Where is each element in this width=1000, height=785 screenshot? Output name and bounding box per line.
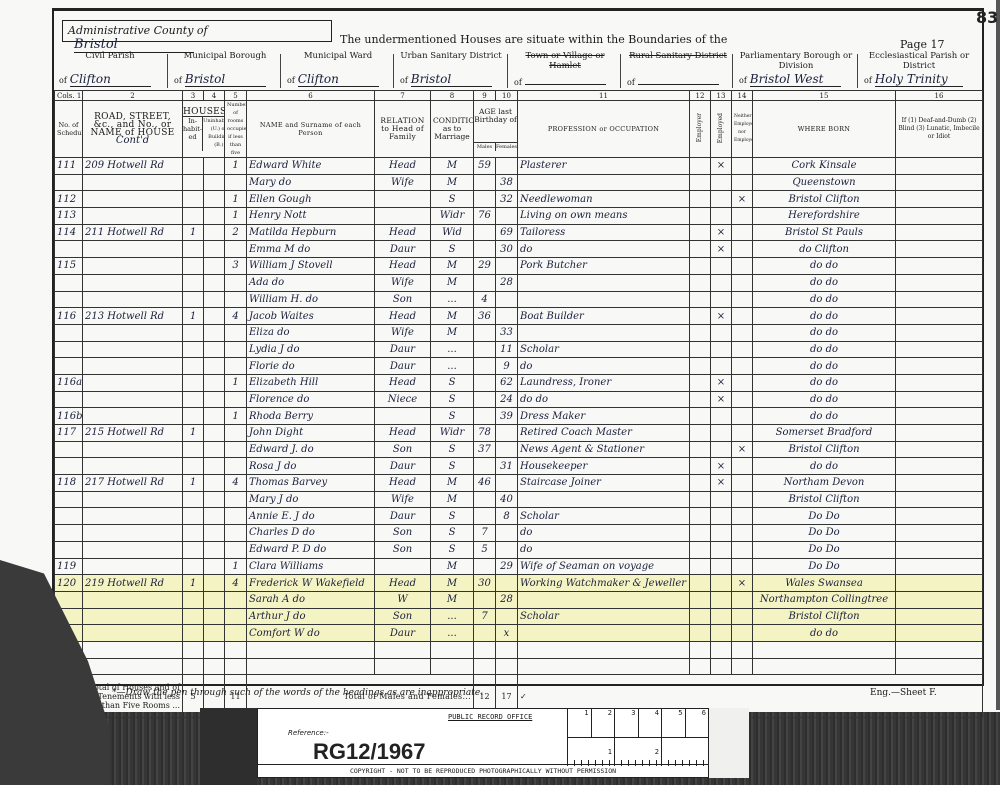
table-row: 1191Clara WilliamsM29Wife of Seaman on v… xyxy=(55,558,983,575)
infirmity-cell xyxy=(896,508,983,525)
header-schedule: No. of Schedule xyxy=(55,101,83,158)
uninhabited-cell xyxy=(204,358,225,375)
neither-cell xyxy=(732,358,753,375)
district-value: ofBristol xyxy=(400,72,502,87)
female-age-cell xyxy=(496,658,518,675)
rooms-cell: 1 xyxy=(225,408,247,425)
table-row: Charles D doSonS7doDo Do xyxy=(55,525,983,542)
employer-cell xyxy=(690,358,711,375)
occupation-cell: Staircase Joiner xyxy=(518,475,690,492)
road-cell xyxy=(83,491,183,508)
employed-cell xyxy=(711,658,732,675)
page-number: Page 17 xyxy=(900,38,945,51)
ruler-tick: 4 xyxy=(639,709,663,737)
infirmity-cell xyxy=(896,224,983,241)
ruler-tick: 2 xyxy=(592,709,616,737)
employer-cell xyxy=(690,174,711,191)
neither-cell xyxy=(732,391,753,408)
neither-cell xyxy=(732,591,753,608)
schedule-cell xyxy=(55,324,83,341)
uninhabited-cell xyxy=(204,575,225,592)
female-age-cell xyxy=(496,641,518,658)
road-cell xyxy=(83,641,183,658)
employed-cell xyxy=(711,441,732,458)
inhabited-cell xyxy=(183,158,204,175)
occupation-cell: do xyxy=(518,541,690,558)
employer-cell xyxy=(690,408,711,425)
infirmity-cell xyxy=(896,541,983,558)
female-age-cell: 69 xyxy=(496,224,518,241)
rooms-cell: 1 xyxy=(225,374,247,391)
column-number: 16 xyxy=(896,91,983,101)
employed-cell xyxy=(711,508,732,525)
neither-cell xyxy=(732,324,753,341)
rooms-cell xyxy=(225,274,247,291)
infirmity-cell xyxy=(896,274,983,291)
road-cell xyxy=(83,541,183,558)
name-cell: Matilda Hepburn xyxy=(247,224,375,241)
occupation-cell: Wife of Seaman on voyage xyxy=(518,558,690,575)
neither-cell xyxy=(732,208,753,225)
header-houses: HOUSES In-habit-edUninhabited (U.) or Bu… xyxy=(183,101,225,158)
female-age-cell: 40 xyxy=(496,491,518,508)
infirmity-cell xyxy=(896,324,983,341)
infirmity-cell xyxy=(896,608,983,625)
uninhabited-cell xyxy=(204,491,225,508)
female-age-cell xyxy=(496,158,518,175)
uninhabited-cell xyxy=(204,274,225,291)
rooms-cell: 3 xyxy=(225,258,247,275)
employed-cell xyxy=(711,541,732,558)
inhabited-cell xyxy=(183,641,204,658)
district-3: Urban Sanitary DistrictofBristol xyxy=(396,51,506,89)
rooms-cell xyxy=(225,358,247,375)
condition-cell: M xyxy=(431,158,474,175)
relation-cell: Head xyxy=(375,475,431,492)
female-age-cell xyxy=(496,208,518,225)
birthplace-cell: do do xyxy=(753,308,896,325)
header-neither: Neither Employer nor Employed xyxy=(732,101,753,158)
employed-cell xyxy=(711,625,732,642)
condition-cell: M xyxy=(431,575,474,592)
schedule-cell xyxy=(55,391,83,408)
header-females: Females xyxy=(496,143,517,151)
condition-cell: S xyxy=(431,508,474,525)
relation-cell xyxy=(375,558,431,575)
relation-cell xyxy=(375,641,431,658)
infirmity-cell xyxy=(896,291,983,308)
infirmity-cell xyxy=(896,491,983,508)
table-row xyxy=(55,641,983,658)
condition-cell: M xyxy=(431,174,474,191)
schedule-cell xyxy=(55,441,83,458)
male-age-cell: 29 xyxy=(474,258,496,275)
relation-cell: W xyxy=(375,591,431,608)
table-row: Rosa J doDaurS31Housekeeper×do do xyxy=(55,458,983,475)
birthplace-cell: Do Do xyxy=(753,525,896,542)
district-divider xyxy=(857,54,858,88)
occupation-cell: Working Watchmaker & Jeweller xyxy=(518,575,690,592)
district-label: Ecclesiastical Parish or District xyxy=(860,51,978,71)
district-divider xyxy=(620,54,621,88)
uninhabited-cell xyxy=(204,641,225,658)
road-cell xyxy=(83,458,183,475)
occupation-cell: Plasterer xyxy=(518,158,690,175)
uninhabited-cell xyxy=(204,224,225,241)
birthplace-cell: do do xyxy=(753,625,896,642)
schedule-cell xyxy=(55,508,83,525)
district-divider xyxy=(167,54,168,88)
birthplace-cell: Bristol Clifton xyxy=(753,191,896,208)
female-age-cell: 38 xyxy=(496,174,518,191)
birthplace-cell: Do Do xyxy=(753,541,896,558)
table-row: Eliza doWifeM33do do xyxy=(55,324,983,341)
rooms-cell xyxy=(225,324,247,341)
census-table: Cols. 12345678910111213141516 No. of Sch… xyxy=(54,90,983,718)
occupation-cell xyxy=(518,591,690,608)
employer-cell xyxy=(690,608,711,625)
employed-cell xyxy=(711,558,732,575)
relation-cell: Wife xyxy=(375,174,431,191)
condition-cell: M xyxy=(431,324,474,341)
road-cell xyxy=(83,191,183,208)
copyright-notice: COPYRIGHT - NOT TO BE REPRODUCED PHOTOGR… xyxy=(258,764,708,777)
infirmity-cell xyxy=(896,158,983,175)
infirmity-cell xyxy=(896,341,983,358)
header-uninhabited: Uninhabited (U.) or Building (B.) xyxy=(203,117,224,151)
road-cell xyxy=(83,208,183,225)
name-cell: Annie E. J do xyxy=(247,508,375,525)
birthplace-cell xyxy=(753,658,896,675)
employer-cell xyxy=(690,491,711,508)
name-cell: John Dight xyxy=(247,425,375,442)
admin-county-box: Administrative County of Bristol xyxy=(62,20,332,42)
male-age-cell: 76 xyxy=(474,208,496,225)
road-cell: 209 Hotwell Rd xyxy=(83,158,183,175)
infirmity-cell xyxy=(896,441,983,458)
male-age-cell xyxy=(474,391,496,408)
ruler-tick: 1 xyxy=(568,738,615,766)
road-cell xyxy=(83,324,183,341)
employer-cell xyxy=(690,224,711,241)
inhabited-cell xyxy=(183,558,204,575)
name-cell xyxy=(247,658,375,675)
scale-ruler: 123456 12 xyxy=(567,709,709,766)
district-value: ofBristol West xyxy=(739,72,853,87)
employer-cell xyxy=(690,241,711,258)
employer-cell xyxy=(690,191,711,208)
header-employed: Employed xyxy=(711,101,732,158)
rooms-cell: 2 xyxy=(225,224,247,241)
relation-cell: Son xyxy=(375,525,431,542)
male-age-cell xyxy=(474,374,496,391)
birthplace-cell: Herefordshire xyxy=(753,208,896,225)
neither-cell xyxy=(732,541,753,558)
male-age-cell xyxy=(474,324,496,341)
neither-cell xyxy=(732,508,753,525)
neither-cell xyxy=(732,374,753,391)
condition-cell: ... xyxy=(431,625,474,642)
neither-cell xyxy=(732,241,753,258)
name-cell: Elizabeth Hill xyxy=(247,374,375,391)
male-age-cell xyxy=(474,625,496,642)
employed-cell: × xyxy=(711,158,732,175)
infirmity-cell xyxy=(896,391,983,408)
employer-cell xyxy=(690,425,711,442)
road-cell xyxy=(83,591,183,608)
inhabited-cell xyxy=(183,174,204,191)
male-age-cell: 59 xyxy=(474,158,496,175)
name-cell: Florie do xyxy=(247,358,375,375)
employer-cell xyxy=(690,658,711,675)
uninhabited-cell xyxy=(204,191,225,208)
relation-cell: Head xyxy=(375,258,431,275)
infirmity-cell xyxy=(896,191,983,208)
neither-cell: × xyxy=(732,191,753,208)
district-divider xyxy=(393,54,394,88)
inhabited-cell xyxy=(183,258,204,275)
male-age-cell: 30 xyxy=(474,575,496,592)
female-age-cell: 9 xyxy=(496,358,518,375)
male-age-cell xyxy=(474,508,496,525)
condition-cell: Widr xyxy=(431,425,474,442)
male-age-cell: 78 xyxy=(474,425,496,442)
female-age-cell xyxy=(496,608,518,625)
column-number: 4 xyxy=(204,91,225,101)
condition-cell: S xyxy=(431,441,474,458)
reference-number: RG12/1967 xyxy=(313,739,426,765)
uninhabited-cell xyxy=(204,258,225,275)
schedule-cell xyxy=(55,358,83,375)
male-age-cell: 7 xyxy=(474,608,496,625)
uninhabited-cell xyxy=(204,558,225,575)
occupation-cell xyxy=(518,641,690,658)
employer-cell xyxy=(690,441,711,458)
uninhabited-cell xyxy=(204,425,225,442)
uninhabited-cell xyxy=(204,625,225,642)
name-cell: Sarah A do xyxy=(247,591,375,608)
neither-cell xyxy=(732,641,753,658)
employer-cell xyxy=(690,591,711,608)
rooms-cell: 4 xyxy=(225,575,247,592)
condition-cell: M xyxy=(431,591,474,608)
employer-cell xyxy=(690,274,711,291)
employed-cell xyxy=(711,358,732,375)
male-age-cell: 37 xyxy=(474,441,496,458)
district-1: Municipal BoroughofBristol xyxy=(170,51,280,89)
table-row: 116a1Elizabeth HillHeadS62Laundress, Iro… xyxy=(55,374,983,391)
table-row: Edward P. D doSonS5doDo Do xyxy=(55,541,983,558)
male-age-cell: 4 xyxy=(474,291,496,308)
male-age-cell xyxy=(474,174,496,191)
female-age-cell xyxy=(496,308,518,325)
employer-cell xyxy=(690,641,711,658)
ruler-cm: 123456 xyxy=(568,709,709,738)
name-cell: Rosa J do xyxy=(247,458,375,475)
column-number: 14 xyxy=(732,91,753,101)
column-numbers: Cols. 12345678910111213141516 xyxy=(55,91,983,101)
uninhabited-cell xyxy=(204,441,225,458)
female-age-cell: 24 xyxy=(496,391,518,408)
birthplace-cell: Bristol Clifton xyxy=(753,491,896,508)
page-edge xyxy=(996,0,1000,710)
employer-cell xyxy=(690,391,711,408)
rooms-cell xyxy=(225,658,247,675)
district-divider xyxy=(280,54,281,88)
column-number: 7 xyxy=(375,91,431,101)
road-cell: 213 Hotwell Rd xyxy=(83,308,183,325)
relation-cell: Son xyxy=(375,291,431,308)
inhabited-cell xyxy=(183,341,204,358)
column-number: 12 xyxy=(690,91,711,101)
birthplace-cell: Bristol Clifton xyxy=(753,441,896,458)
schedule-cell xyxy=(55,274,83,291)
occupation-cell: Laundress, Ironer xyxy=(518,374,690,391)
employer-cell xyxy=(690,258,711,275)
name-cell: Mary do xyxy=(247,174,375,191)
occupation-cell: Living on own means xyxy=(518,208,690,225)
relation-cell: Head xyxy=(375,374,431,391)
condition-cell xyxy=(431,641,474,658)
employed-cell: × xyxy=(711,308,732,325)
employer-cell xyxy=(690,158,711,175)
relation-cell: Niece xyxy=(375,391,431,408)
table-row: 111209 Hotwell Rd1Edward WhiteHeadM59Pla… xyxy=(55,158,983,175)
male-age-cell xyxy=(474,274,496,291)
condition-cell: ... xyxy=(431,341,474,358)
rooms-cell: 4 xyxy=(225,308,247,325)
inhabited-cell xyxy=(183,525,204,542)
neither-cell xyxy=(732,341,753,358)
employed-cell: × xyxy=(711,241,732,258)
neither-cell xyxy=(732,291,753,308)
female-age-cell xyxy=(496,425,518,442)
inhabited-cell xyxy=(183,391,204,408)
rooms-cell xyxy=(225,458,247,475)
inhabited-cell xyxy=(183,408,204,425)
uninhabited-cell xyxy=(204,408,225,425)
female-age-cell: 62 xyxy=(496,374,518,391)
table-row: Sarah A doWM28Northampton Collingtree xyxy=(55,591,983,608)
relation-cell: Wife xyxy=(375,491,431,508)
header-where-born: WHERE BORN xyxy=(753,101,896,158)
table-row: 116213 Hotwell Rd14Jacob WaitesHeadM36Bo… xyxy=(55,308,983,325)
uninhabited-cell xyxy=(204,308,225,325)
neither-cell xyxy=(732,308,753,325)
infirmity-cell xyxy=(896,208,983,225)
road-cell xyxy=(83,374,183,391)
rooms-cell xyxy=(225,591,247,608)
employed-cell xyxy=(711,324,732,341)
occupation-cell: do xyxy=(518,241,690,258)
header-males: Males xyxy=(474,143,496,151)
inhabited-cell xyxy=(183,191,204,208)
employer-cell xyxy=(690,625,711,642)
birthplace-cell: Wales Swansea xyxy=(753,575,896,592)
inhabited-cell xyxy=(183,608,204,625)
neither-cell xyxy=(732,625,753,642)
birthplace-cell: Queenstown xyxy=(753,174,896,191)
header-rooms: Number of rooms occupied if less than fi… xyxy=(225,101,247,158)
employed-cell xyxy=(711,408,732,425)
infirmity-cell xyxy=(896,408,983,425)
condition-cell xyxy=(431,658,474,675)
column-number: 11 xyxy=(518,91,690,101)
name-cell: Arthur J do xyxy=(247,608,375,625)
employer-cell xyxy=(690,558,711,575)
table-row: Emma M doDaurS30do×do Clifton xyxy=(55,241,983,258)
rooms-cell xyxy=(225,391,247,408)
condition-cell: S xyxy=(431,241,474,258)
rooms-cell xyxy=(225,241,247,258)
condition-cell: M xyxy=(431,491,474,508)
occupation-cell: Scholar xyxy=(518,508,690,525)
female-age-cell: 39 xyxy=(496,408,518,425)
inhabited-cell xyxy=(183,208,204,225)
relation-cell: Head xyxy=(375,158,431,175)
relation-cell xyxy=(375,658,431,675)
male-age-cell: 7 xyxy=(474,525,496,542)
name-cell: Ellen Gough xyxy=(247,191,375,208)
birthplace-cell: do do xyxy=(753,341,896,358)
neither-cell xyxy=(732,174,753,191)
neither-cell xyxy=(732,458,753,475)
uninhabited-cell xyxy=(204,525,225,542)
district-value: ofClifton xyxy=(287,72,389,87)
uninhabited-cell xyxy=(204,458,225,475)
birthplace-cell: Somerset Bradford xyxy=(753,425,896,442)
relation-cell: Son xyxy=(375,541,431,558)
rooms-cell xyxy=(225,341,247,358)
relation-cell: Wife xyxy=(375,324,431,341)
road-cell xyxy=(83,241,183,258)
name-cell: Mary J do xyxy=(247,491,375,508)
relation-cell: Head xyxy=(375,308,431,325)
ruler-tick: 2 xyxy=(615,738,662,766)
condition-cell: ... xyxy=(431,291,474,308)
ruler-tick: 5 xyxy=(662,709,686,737)
district-7: Ecclesiastical Parish or DistrictofHoly … xyxy=(860,51,978,89)
male-age-cell xyxy=(474,458,496,475)
inhabited-cell xyxy=(183,491,204,508)
table-row: 1121Ellen GoughS32Needlewoman×Bristol Cl… xyxy=(55,191,983,208)
table-row: Florence doNieceS24do do×do do xyxy=(55,391,983,408)
employer-cell xyxy=(690,374,711,391)
rooms-cell xyxy=(225,625,247,642)
footnote: *—Draw the pen through such of the words… xyxy=(112,688,483,698)
schedule-cell xyxy=(55,341,83,358)
neither-cell xyxy=(732,224,753,241)
rooms-cell xyxy=(225,491,247,508)
name-cell: William H. do xyxy=(247,291,375,308)
condition-cell: M xyxy=(431,258,474,275)
inhabited-cell xyxy=(183,374,204,391)
name-cell: Henry Nott xyxy=(247,208,375,225)
female-age-cell: 28 xyxy=(496,591,518,608)
relation-cell xyxy=(375,408,431,425)
district-4: Town or Village or Hamletof xyxy=(510,51,620,89)
header-inhabited: In-habit-ed xyxy=(183,117,203,151)
schedule-cell xyxy=(55,541,83,558)
name-cell: William J Stovell xyxy=(247,258,375,275)
name-cell: Emma M do xyxy=(247,241,375,258)
road-cell xyxy=(83,441,183,458)
employed-cell xyxy=(711,425,732,442)
relation-cell: Daur xyxy=(375,358,431,375)
employer-cell xyxy=(690,291,711,308)
female-age-cell xyxy=(496,541,518,558)
infirmity-cell xyxy=(896,591,983,608)
